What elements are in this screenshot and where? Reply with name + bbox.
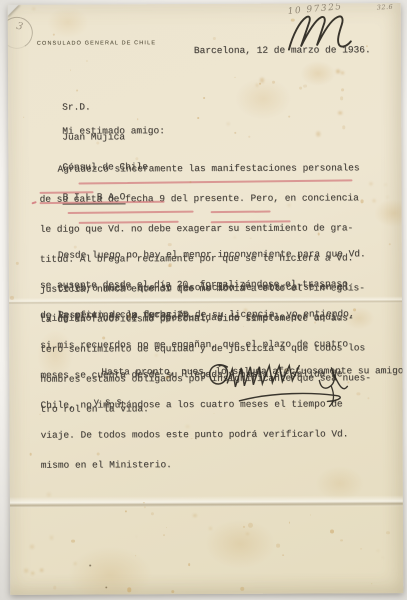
foxing-spot [203, 97, 205, 99]
foxing-spot [288, 116, 290, 118]
foxing-spot [378, 550, 379, 551]
foxing-spot [31, 572, 34, 575]
foxing-spot [151, 513, 154, 516]
foxing-spot [310, 514, 311, 515]
foxing-spot [248, 136, 250, 138]
foxing-spot [163, 534, 165, 536]
foxing-spot [193, 514, 196, 517]
foxing-spot [47, 493, 51, 497]
foxing-spot [246, 532, 249, 535]
body-line: Respecto de la duración de su licencia, … [40, 309, 375, 320]
foxing-spot [33, 8, 35, 10]
foxing-spot [23, 117, 24, 118]
foxing-spot [276, 544, 280, 548]
foxing-spot [389, 243, 391, 245]
foxing-spot [384, 184, 386, 186]
foxing-spot [259, 83, 261, 85]
foxing-spot [69, 69, 71, 71]
letterhead: CONSULADO GENERAL DE CHILE [37, 40, 156, 47]
foxing-spot [53, 586, 57, 590]
pencil-circle-numeral: 3 [15, 21, 24, 33]
foxing-spot [213, 37, 216, 40]
foxing-spot [29, 453, 32, 456]
foxing-spot [30, 545, 34, 549]
foxing-spot [299, 87, 302, 90]
body-line: viaje. De todos modos este punto podrá v… [41, 429, 376, 440]
foxing-spot [316, 132, 320, 136]
foxing-spot [135, 555, 136, 556]
foxing-spot [336, 69, 340, 73]
foxing-spot [197, 117, 199, 119]
foxing-spot [338, 111, 342, 115]
foxing-spot [71, 539, 75, 543]
foxing-spot [282, 554, 284, 556]
foxing-spot [40, 569, 43, 572]
foxing-spot [371, 583, 372, 584]
foxing-spot [127, 588, 131, 592]
foxing-spot [227, 123, 229, 125]
foxing-spot [386, 196, 388, 198]
pencil-circle-mark: 3 [8, 13, 36, 52]
body-line: Desde luego no hay el menor inconvenient… [40, 249, 375, 260]
foxing-spot [340, 97, 343, 100]
foxing-spot [272, 81, 275, 84]
foxing-spot [50, 536, 54, 540]
foxing-spot [75, 562, 77, 564]
foxing-spot [289, 522, 290, 523]
foxing-spot [24, 569, 28, 573]
foxing-spot [234, 132, 236, 134]
foxing-spot [243, 526, 245, 528]
foxing-spot [342, 126, 346, 130]
salutation: Mi estimado amigo: [62, 126, 165, 136]
foxing-spot [341, 72, 344, 75]
foxing-spot [53, 34, 55, 36]
body-line: de su carta de fecha 9 del presente. Per… [40, 193, 375, 204]
red-pencil-margin-mark [31, 201, 36, 204]
foxing-spot [188, 563, 191, 566]
foxing-spot [144, 506, 146, 508]
foxing-spot [166, 527, 167, 528]
corner-curl [8, 4, 20, 17]
foxing-spot [143, 502, 144, 503]
foxing-spot [86, 60, 88, 62]
body-line: Agradezco sinceramente las manifestacion… [39, 163, 374, 174]
foxing-spot [16, 262, 19, 265]
foxing-spot [341, 88, 344, 91]
signature-flourish [203, 352, 353, 409]
foxing-spot [125, 510, 127, 512]
foxing-spot [248, 523, 253, 528]
dateline: Barcelona, 12 de marzo de 1936. [194, 45, 371, 56]
foxing-spot [240, 587, 244, 591]
foxing-spot [209, 527, 212, 530]
letter-paper: 3 CONSULADO GENERAL DE CHILE 10 97325 32… [8, 3, 404, 595]
foxing-spot [136, 536, 137, 537]
scan-background: 3 CONSULADO GENERAL DE CHILE 10 97325 32… [0, 0, 407, 600]
foxing-spot [256, 84, 258, 86]
foxing-spot [10, 296, 14, 300]
foxing-spot [171, 590, 174, 593]
foxing-spot [330, 530, 334, 534]
body-line: mismo en el Ministerio. [41, 459, 376, 470]
foxing-spot [260, 78, 264, 82]
recipient-honorific: Sr.D. [62, 102, 148, 112]
foxing-spot [340, 539, 342, 541]
pencil-secondary-number: 32.6 [377, 3, 394, 12]
foxing-spot [234, 77, 236, 79]
foxing-spot [382, 557, 383, 558]
foxing-spot [360, 548, 362, 550]
foxing-spot [386, 531, 389, 534]
foxing-spot [303, 84, 307, 88]
fold-crease-lower [10, 495, 403, 508]
